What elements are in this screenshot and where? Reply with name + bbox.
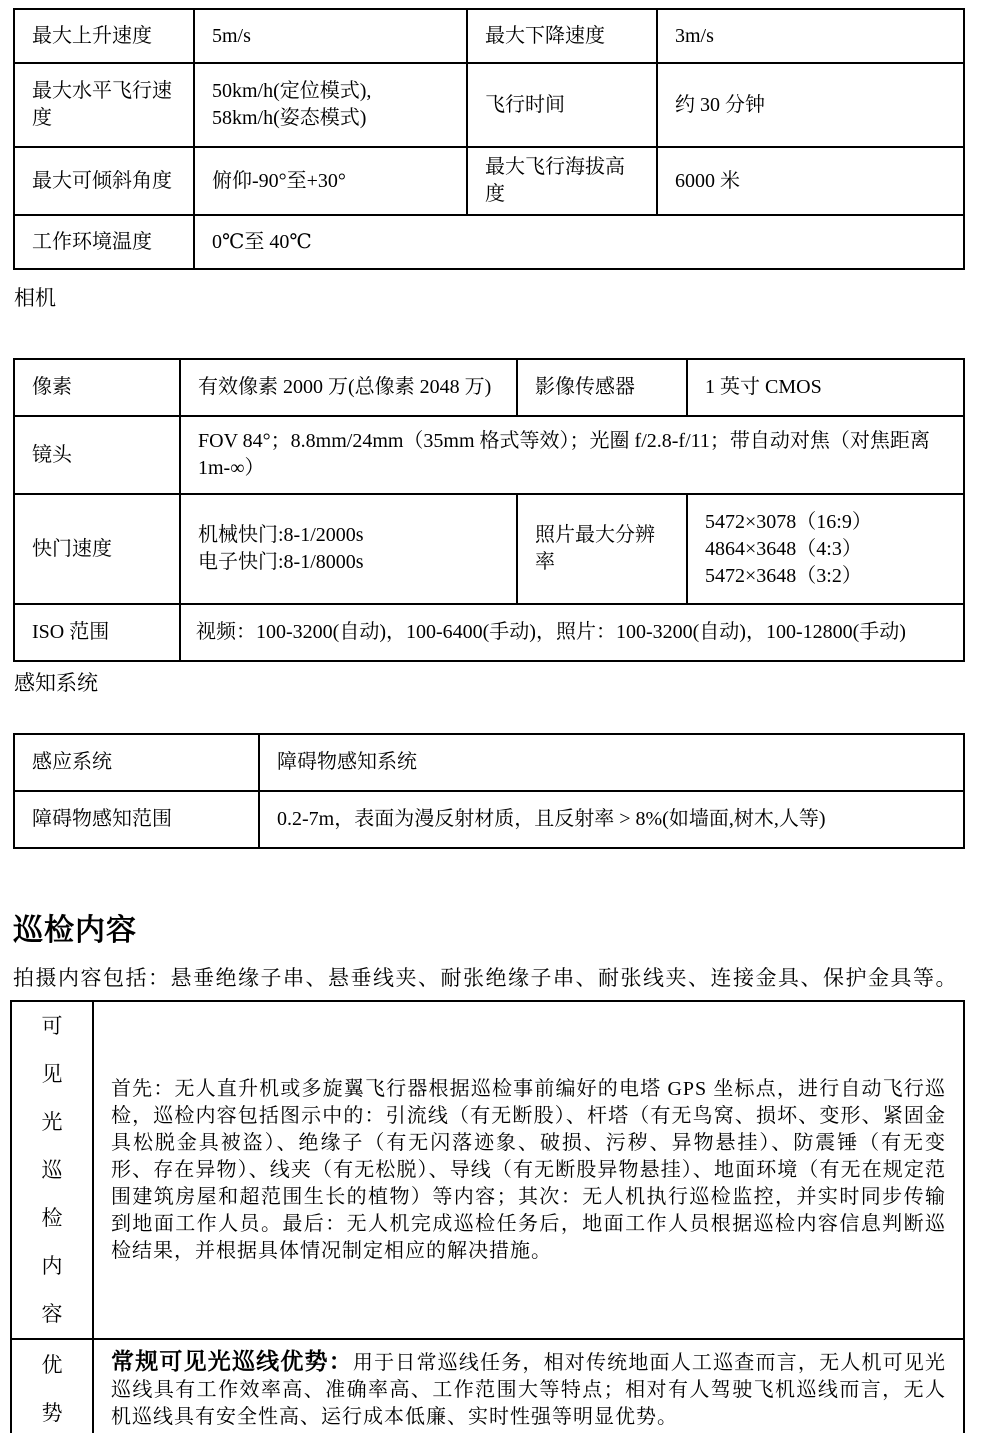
spec-label: ISO 范围 [14,604,180,661]
spec-value: 0.2-7m，表面为漫反射材质，且反射率 > 8%(如墙面,树木,人等) [259,791,964,848]
camera-spec-table: 像素 有效像素 2000 万(总像素 2048 万) 影像传感器 1 英寸 CM… [13,358,965,662]
table-row: 感应系统 障碍物感知系统 [14,734,964,791]
spec-value: 3m/s [657,9,964,63]
section-heading-inspection: 巡检内容 [13,913,1000,949]
spec-value: 障碍物感知系统 [259,734,964,791]
advantage-lead-bold: 常规可见光巡线优势： [111,1348,353,1374]
perception-spec-table: 感应系统 障碍物感知系统 障碍物感知范围 0.2-7m，表面为漫反射材质，且反射… [13,733,965,849]
table-row: ISO 范围 视频：100-3200(自动)，100-6400(手动)，照片：1… [14,604,964,661]
table-row: 镜头 FOV 84°；8.8mm/24mm（35mm 格式等效）；光圈 f/2.… [14,416,964,494]
section-heading-perception: 感知系统 [14,669,1000,697]
spec-label: 最大飞行海拔高度 [467,147,657,215]
spec-value: 视频：100-3200(自动)，100-6400(手动)，照片：100-3200… [180,604,964,661]
advantage-text: 常规可见光巡线优势：用于日常巡线任务，相对传统地面人工巡查而言，无人机可见光巡线… [93,1339,964,1433]
spec-label: 最大上升速度 [14,9,194,63]
inspection-content-table: 可 见 光 巡 检 内 容 首先：无人直升机或多旋翼飞行器根据巡检事前编好的电塔… [10,1000,965,1433]
table-row: 优 势 常规可见光巡线优势：用于日常巡线任务，相对传统地面人工巡查而言，无人机可… [11,1339,964,1433]
spec-label: 最大下降速度 [467,9,657,63]
spec-label: 工作环境温度 [14,215,194,269]
table-row: 工作环境温度 0℃至 40℃ [14,215,964,269]
section-heading-camera: 相机 [14,284,1000,312]
spec-value: 5m/s [194,9,467,63]
spec-label: 像素 [14,359,180,416]
row-label-visible-light-inspection: 可 见 光 巡 检 内 容 [11,1001,93,1339]
spec-label: 快门速度 [14,494,180,604]
spec-label: 影像传感器 [517,359,687,416]
spec-value: 俯仰-90°至+30° [194,147,467,215]
flight-spec-table: 最大上升速度 5m/s 最大下降速度 3m/s 最大水平飞行速度 50km/h(… [13,8,965,270]
spec-value: 0℃至 40℃ [194,215,964,269]
shoot-scope-paragraph: 拍摄内容包括：悬垂绝缘子串、悬垂线夹、耐张绝缘子串、耐张线夹、连接金具、保护金具… [13,964,995,992]
spec-label: 感应系统 [14,734,259,791]
table-row: 像素 有效像素 2000 万(总像素 2048 万) 影像传感器 1 英寸 CM… [14,359,964,416]
spec-value: FOV 84°；8.8mm/24mm（35mm 格式等效）；光圈 f/2.8-f… [180,416,964,494]
table-row: 快门速度 机械快门:8-1/2000s 电子快门:8-1/8000s 照片最大分… [14,494,964,604]
spec-label: 最大可倾斜角度 [14,147,194,215]
table-row: 最大水平飞行速度 50km/h(定位模式), 58km/h(姿态模式) 飞行时间… [14,63,964,147]
spec-value: 机械快门:8-1/2000s 电子快门:8-1/8000s [180,494,517,604]
spec-label: 镜头 [14,416,180,494]
table-row: 障碍物感知范围 0.2-7m，表面为漫反射材质，且反射率 > 8%(如墙面,树木… [14,791,964,848]
spec-label: 照片最大分辨率 [517,494,687,604]
spec-value: 50km/h(定位模式), 58km/h(姿态模式) [194,63,467,147]
spec-value: 1 英寸 CMOS [687,359,964,416]
spec-label: 障碍物感知范围 [14,791,259,848]
spec-value: 约 30 分钟 [657,63,964,147]
spec-label: 最大水平飞行速度 [14,63,194,147]
table-row: 可 见 光 巡 检 内 容 首先：无人直升机或多旋翼飞行器根据巡检事前编好的电塔… [11,1001,964,1339]
spec-label: 飞行时间 [467,63,657,147]
table-row: 最大可倾斜角度 俯仰-90°至+30° 最大飞行海拔高度 6000 米 [14,147,964,215]
table-row: 最大上升速度 5m/s 最大下降速度 3m/s [14,9,964,63]
spec-value: 6000 米 [657,147,964,215]
spec-value: 有效像素 2000 万(总像素 2048 万) [180,359,517,416]
visible-light-inspection-text: 首先：无人直升机或多旋翼飞行器根据巡检事前编好的电塔 GPS 坐标点，进行自动飞… [93,1001,964,1339]
document-page: 最大上升速度 5m/s 最大下降速度 3m/s 最大水平飞行速度 50km/h(… [0,8,1000,1433]
row-label-advantage: 优 势 [11,1339,93,1433]
spec-value: 5472×3078（16:9） 4864×3648（4:3） 5472×3648… [687,494,964,604]
